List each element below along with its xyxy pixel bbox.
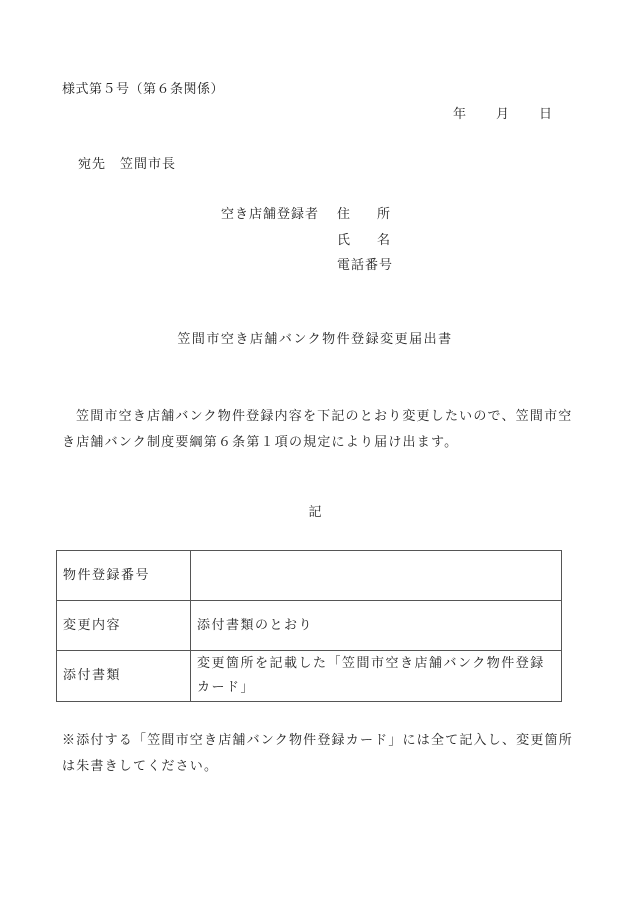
date-year: 年: [453, 107, 466, 123]
table-label-cell: 変更内容: [57, 601, 191, 651]
phone-field-label: 電話番号: [337, 258, 393, 274]
table-label-cell: 添付書類: [57, 651, 191, 702]
name-label-char1: 氏: [337, 233, 377, 249]
address-field-label: 住所: [337, 207, 391, 223]
address-label-char2: 所: [377, 207, 391, 222]
body-text: 笠間市空き店舗バンク物件登録内容を下記のとおり変更したいので、笠間市空き店舗バン…: [62, 409, 572, 450]
addressee: 宛先笠間市長: [78, 157, 176, 173]
document-title: 笠間市空き店舗バンク物件登録変更届出書: [0, 332, 630, 348]
table-row: 添付書類 変更箇所を記載した「笠間市空き店舗バンク物件登録カード」: [57, 651, 562, 702]
table-value-cell: 変更箇所を記載した「笠間市空き店舗バンク物件登録カード」: [191, 651, 562, 702]
ki-heading: 記: [0, 505, 630, 521]
name-field-label: 氏名: [337, 233, 391, 249]
form-number: 様式第５号（第６条関係）: [62, 82, 224, 98]
table-value-cell: [191, 551, 562, 601]
table-value-cell: 添付書類のとおり: [191, 601, 562, 651]
address-label-char1: 住: [337, 207, 377, 223]
table-row: 変更内容 添付書類のとおり: [57, 601, 562, 651]
table-row: 物件登録番号: [57, 551, 562, 601]
name-label-char2: 名: [377, 233, 391, 248]
date-line: 年月日: [453, 107, 552, 123]
table-label-cell: 物件登録番号: [57, 551, 191, 601]
body-paragraph: 笠間市空き店舗バンク物件登録内容を下記のとおり変更したいので、笠間市空き店舗バン…: [62, 404, 582, 456]
note-text: ※添付する「笠間市空き店舗バンク物件登録カード」には全て記入し、変更箇所は朱書き…: [62, 728, 582, 780]
info-table: 物件登録番号 変更内容 添付書類のとおり 添付書類 変更箇所を記載した「笠間市空…: [56, 550, 562, 702]
addressee-name: 笠間市長: [120, 157, 176, 172]
applicant-label: 空き店舗登録者: [221, 207, 319, 223]
date-day: 日: [539, 107, 552, 123]
addressee-prefix: 宛先: [78, 157, 106, 172]
date-month: 月: [496, 107, 509, 123]
